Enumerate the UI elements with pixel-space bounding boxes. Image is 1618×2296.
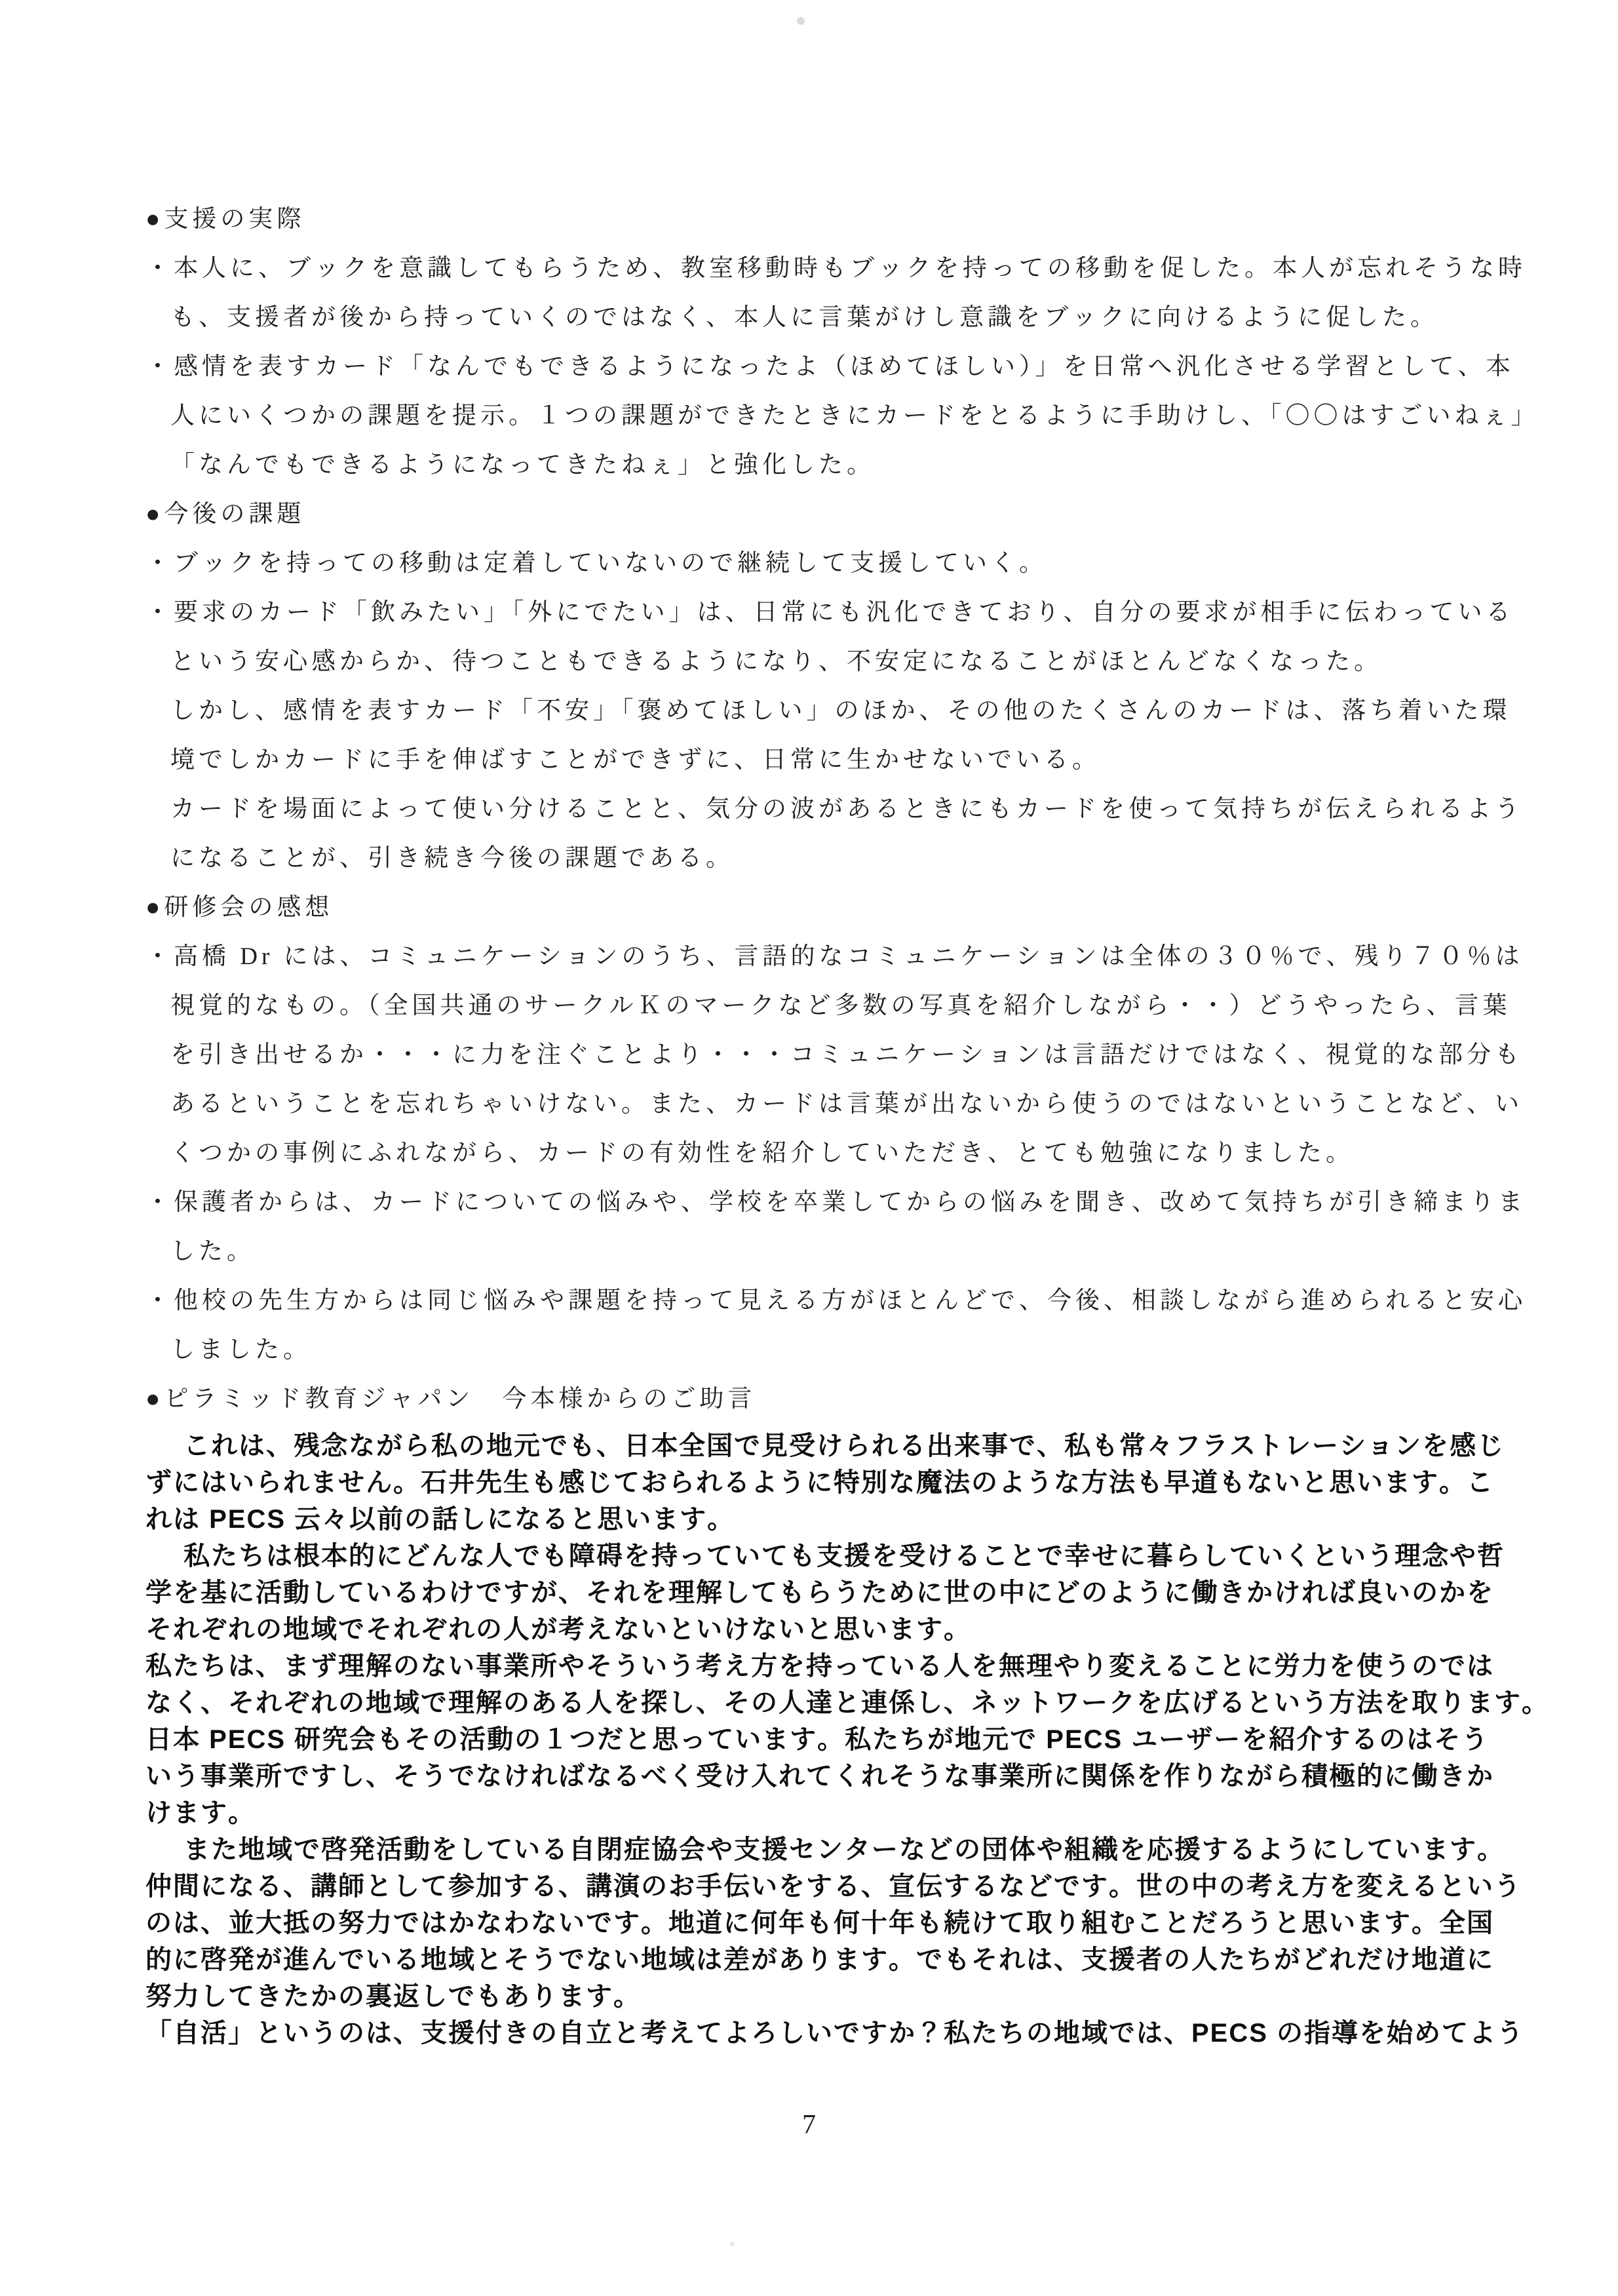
section-heading: ●ピラミッド教育ジャパン 今本様からのご助言 [145, 1374, 1515, 1424]
text-line: また地域で啓発活動をしている自閉症協会や支援センターなどの団体や組織を応援するよ… [145, 1831, 1515, 1868]
text-line: のは、並大抵の努力ではかなわないです。地道に何年も何十年も続けて取り組むことだろ… [145, 1905, 1515, 1941]
text-line: ・他校の先生方からは同じ悩みや課題を持って見える方がほとんどで、今後、相談しなが… [145, 1276, 1515, 1325]
text-line: 視覚的なもの。（全国共通のサークルＫのマークなど多数の写真を紹介しながら・・）ど… [145, 981, 1515, 1030]
text-line: 私たちは、まず理解のない事業所やそういう考え方を持っている人を無理やり変えること… [145, 1648, 1515, 1684]
section-heading: ●今後の課題 [145, 490, 1515, 539]
text-line: も、支援者が後から持っていくのではなく、本人に言葉がけし意識をブックに向けるよう… [145, 293, 1515, 342]
text-line: れは PECS 云々以前の話しになると思います。 [145, 1501, 1515, 1538]
text-line: を引き出せるか・・・に力を注ぐことより・・・コミュニケーションは言語だけではなく… [145, 1030, 1515, 1080]
text-line: これは、残念ながら私の地元でも、日本全国で見受けられる出来事で、私も常々フラスト… [145, 1428, 1515, 1464]
text-line: ずにはいられません。石井先生も感じておられるように特別な魔法のような方法も早道も… [145, 1464, 1515, 1501]
text-line: しました。 [145, 1325, 1515, 1374]
text-line: あるということを忘れちゃいけない。また、カードは言葉が出ないから使うのではないと… [145, 1080, 1515, 1129]
text-line: いう事業所ですし、そうでなければなるべく受け入れてくれそうな事業所に関係を作りな… [145, 1758, 1515, 1795]
text-line: ・要求のカード「飲みたい」「外にでたい」は、日常にも汎化できており、自分の要求が… [145, 588, 1515, 637]
text-line: ・ブックを持っての移動は定着していないので継続して支援していく。 [145, 539, 1515, 588]
text-line: 人にいくつかの課題を提示。１つの課題ができたときにカードをとるように手助けし、「… [145, 391, 1515, 440]
section-pyramid-japan-advice: これは、残念ながら私の地元でも、日本全国で見受けられる出来事で、私も常々フラスト… [145, 1428, 1515, 2052]
text-line: 的に啓発が進んでいる地域とそうでない地域は差があります。でもそれは、支援者の人た… [145, 1941, 1515, 1978]
text-line: 「自活」というのは、支援付きの自立と考えてよろしいですか？私たちの地域では、PE… [145, 2015, 1515, 2052]
text-line: ・保護者からは、カードについての悩みや、学校を卒業してからの悩みを聞き、改めて気… [145, 1178, 1515, 1227]
text-line: ・感情を表すカード「なんでもできるようになったよ（ほめてほしい）」を日常へ汎化さ… [145, 342, 1515, 391]
text-line: した。 [145, 1227, 1515, 1276]
document-body: ●支援の実際・本人に、ブックを意識してもらうため、教室移動時もブックを持っての移… [145, 195, 1515, 2052]
section-heading: ●研修会の感想 [145, 883, 1515, 932]
section-heading: ●支援の実際 [145, 195, 1515, 244]
text-line: 仲間になる、講師として参加する、講演のお手伝いをする、宣伝するなどです。世の中の… [145, 1868, 1515, 1905]
scan-artifact [797, 17, 805, 25]
text-line: 境でしかカードに手を伸ばすことができずに、日常に生かせないでいる。 [145, 735, 1515, 785]
text-line: それぞれの地域でそれぞれの人が考えないといけないと思います。 [145, 1611, 1515, 1648]
document-page: ●支援の実際・本人に、ブックを意識してもらうため、教室移動時もブックを持っての移… [0, 0, 1618, 2296]
text-line: 学を基に活動しているわけですが、それを理解してもらうために世の中にどのように働き… [145, 1574, 1515, 1611]
text-line: ・高橋 Dr には、コミュニケーションのうち、言語的なコミュニケーションは全体の… [145, 932, 1515, 981]
text-line: 「なんでもできるようになってきたねぇ」と強化した。 [145, 440, 1515, 490]
text-line: という安心感からか、待つこともできるようになり、不安定になることがほとんどなくな… [145, 637, 1515, 686]
text-line: けます。 [145, 1795, 1515, 1831]
text-line: になることが、引き続き今後の課題である。 [145, 834, 1515, 883]
text-line: カードを場面によって使い分けることと、気分の波があるときにもカードを使って気持ち… [145, 785, 1515, 834]
text-line: ・本人に、ブックを意識してもらうため、教室移動時もブックを持っての移動を促した。… [145, 244, 1515, 293]
text-line: 日本 PECS 研究会もその活動の１つだと思っています。私たちが地元で PECS… [145, 1721, 1515, 1758]
text-line: なく、それぞれの地域で理解のある人を探し、その人達と連係し、ネットワークを広げる… [145, 1684, 1515, 1721]
text-line: しかし、感情を表すカード「不安」「褒めてほしい」のほか、その他のたくさんのカード… [145, 686, 1515, 735]
text-line: 私たちは根本的にどんな人でも障碍を持っていても支援を受けることで幸せに暮らしてい… [145, 1538, 1515, 1574]
scan-artifact [730, 2242, 735, 2246]
section-support-report: ●支援の実際・本人に、ブックを意識してもらうため、教室移動時もブックを持っての移… [145, 195, 1515, 1424]
page-number: 7 [0, 2109, 1618, 2141]
text-line: 努力してきたかの裏返しでもあります。 [145, 1978, 1515, 2015]
text-line: くつかの事例にふれながら、カードの有効性を紹介していただき、とても勉強になりまし… [145, 1129, 1515, 1178]
